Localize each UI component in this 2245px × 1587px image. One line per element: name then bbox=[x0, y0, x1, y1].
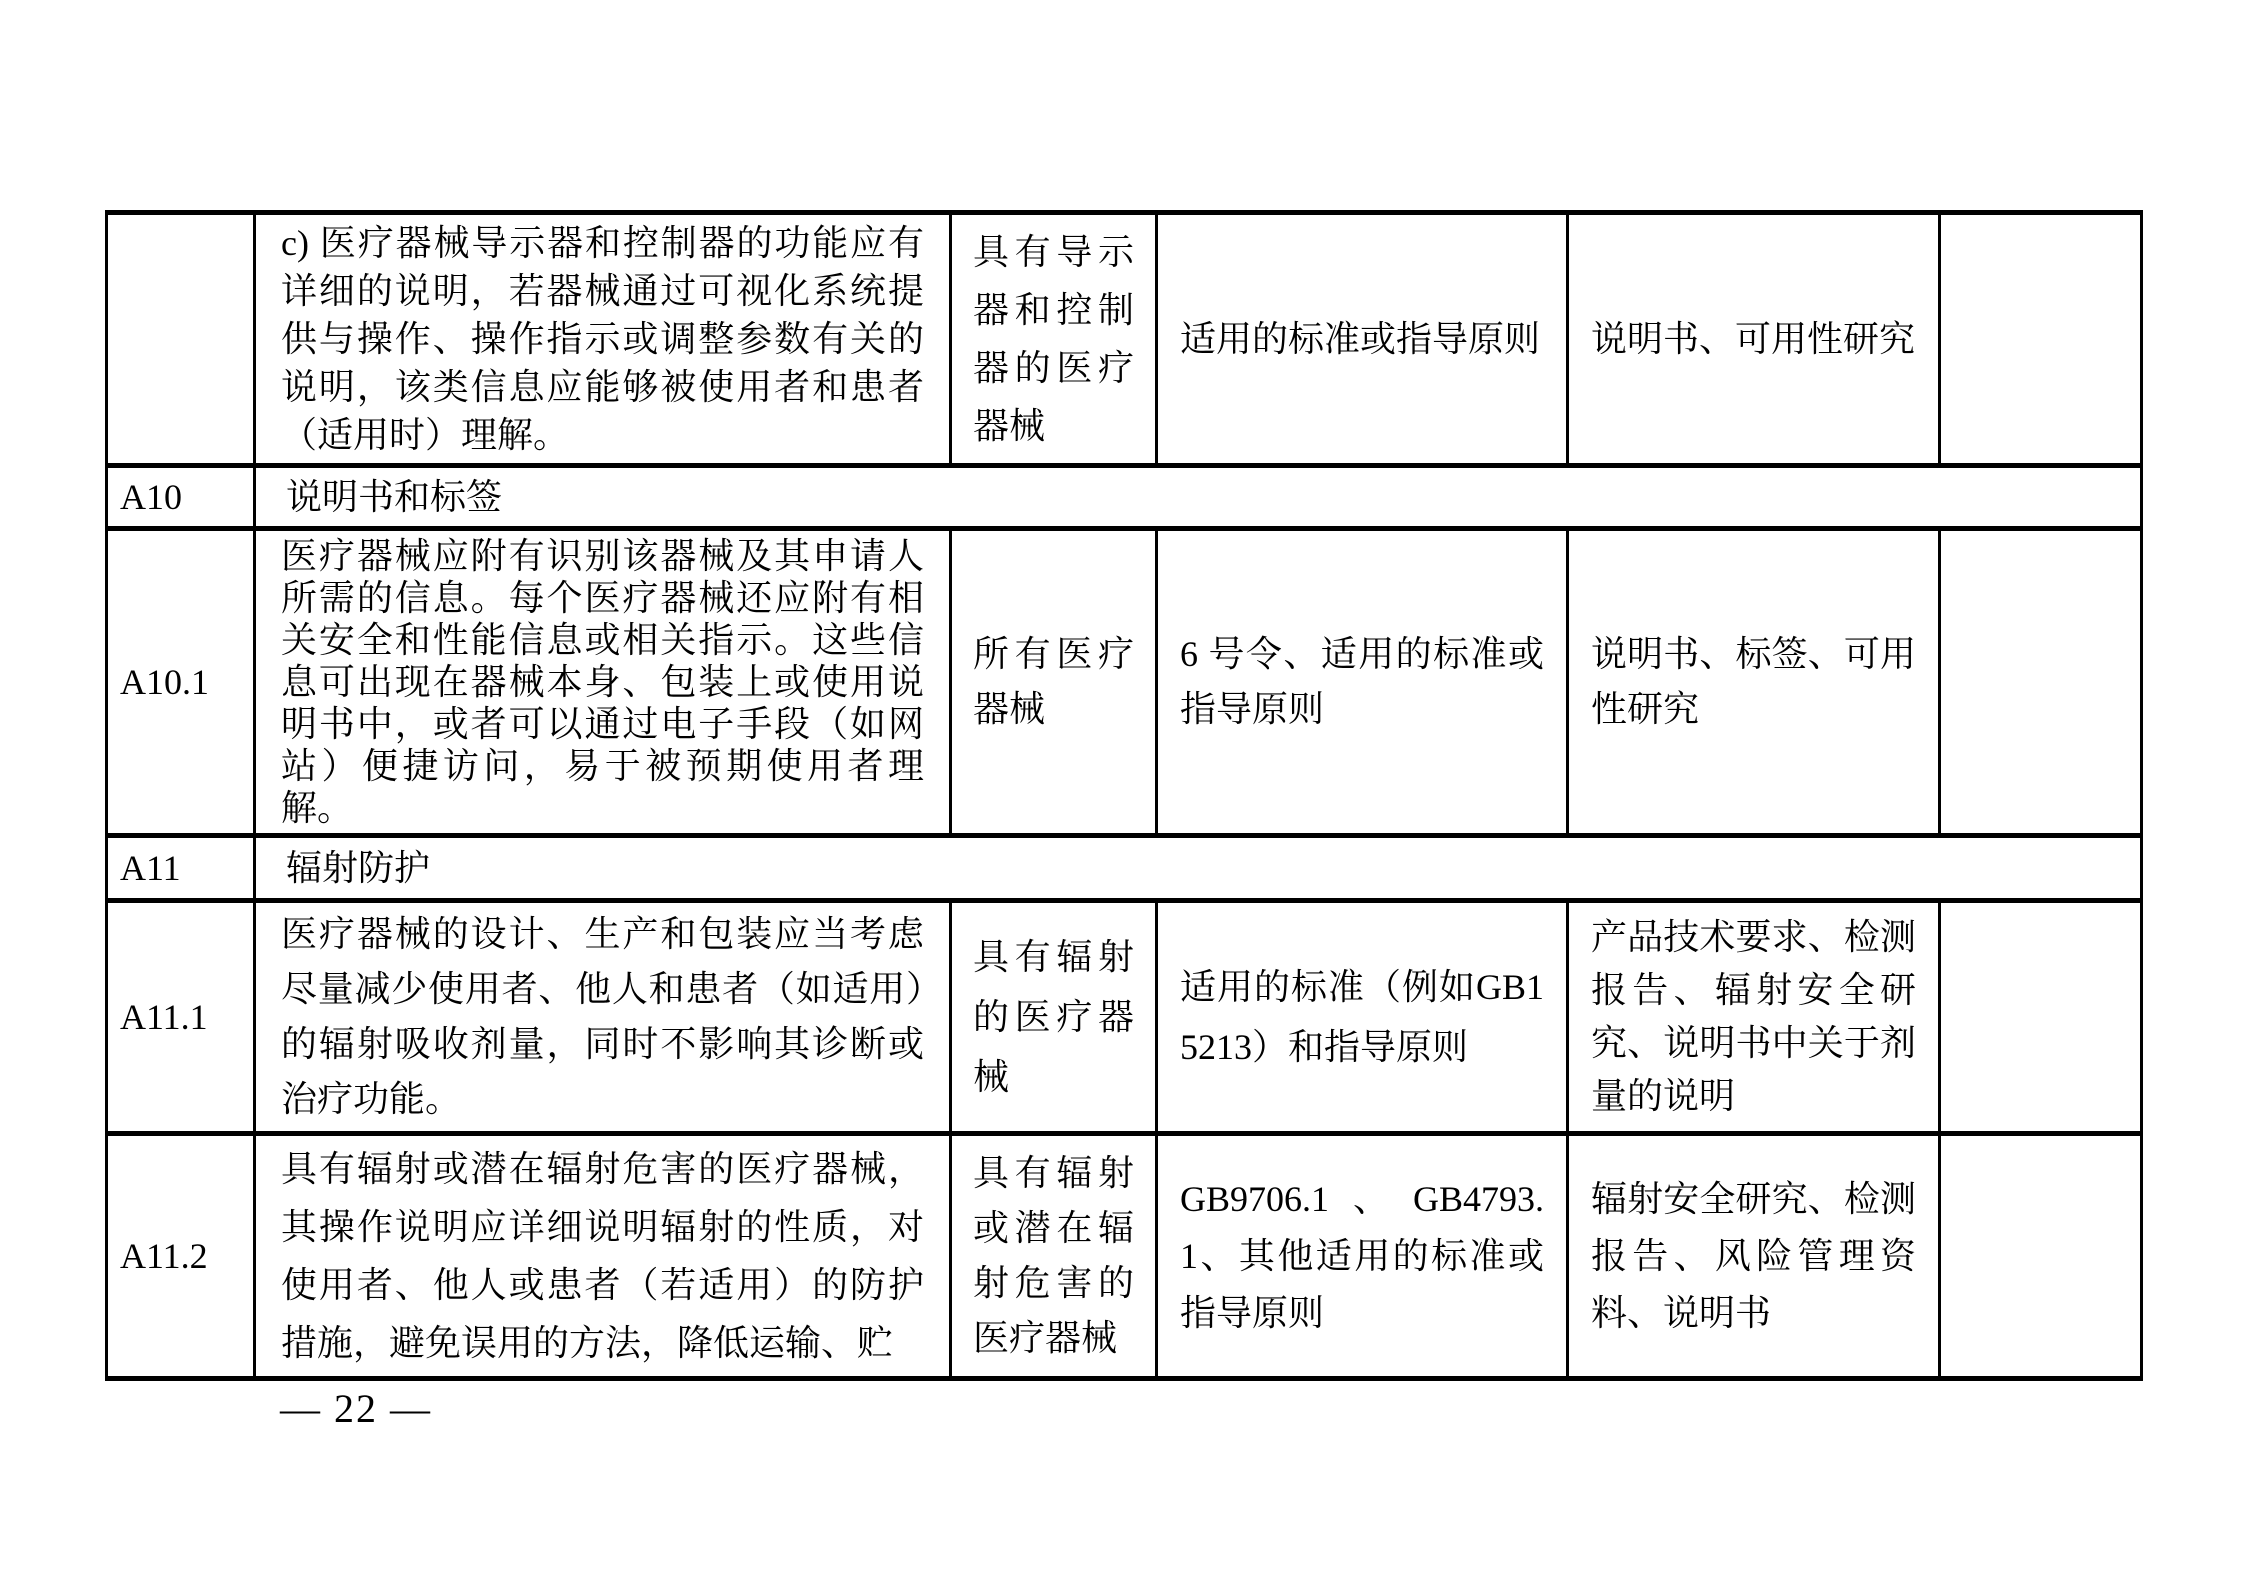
requirement-cell: c) 医疗器械导示器和控制器的功能应有详细的说明，若器械通过可视化系统提供与操作… bbox=[255, 213, 951, 466]
note-cell bbox=[1940, 1134, 2142, 1379]
requirements-table: c) 医疗器械导示器和控制器的功能应有详细的说明，若器械通过可视化系统提供与操作… bbox=[105, 210, 2143, 1381]
evidence-cell: 辐射安全研究、检测报告、风险管理资料、说明书 bbox=[1568, 1134, 1940, 1379]
table-row: c) 医疗器械导示器和控制器的功能应有详细的说明，若器械通过可视化系统提供与操作… bbox=[107, 213, 2142, 466]
section-row: A10 说明书和标签 bbox=[107, 466, 2142, 529]
row-id-cell bbox=[107, 213, 255, 466]
row-id-cell: A10.1 bbox=[107, 529, 255, 836]
table-row: A11.2 具有辐射或潜在辐射危害的医疗器械，其操作说明应详细说明辐射的性质，对… bbox=[107, 1134, 2142, 1379]
evidence-cell: 产品技术要求、检测报告、辐射安全研究、说明书中关于剂量的说明 bbox=[1568, 901, 1940, 1134]
standard-method-cell: 适用的标准（例如GB15213）和指导原则 bbox=[1157, 901, 1568, 1134]
applicable-device-cell: 所有医疗器械 bbox=[951, 529, 1157, 836]
standard-method-cell: 6 号令、适用的标准或指导原则 bbox=[1157, 529, 1568, 836]
row-id-cell: A11.2 bbox=[107, 1134, 255, 1379]
requirement-cell: 医疗器械的设计、生产和包装应当考虑尽量减少使用者、他人和患者（如适用）的辐射吸收… bbox=[255, 901, 951, 1134]
section-id-cell: A11 bbox=[107, 836, 255, 901]
note-cell bbox=[1940, 529, 2142, 836]
row-id-cell: A11.1 bbox=[107, 901, 255, 1134]
section-title-cell: 说明书和标签 bbox=[255, 466, 2142, 529]
applicable-device-cell: 具有导示器和控制器的医疗器械 bbox=[951, 213, 1157, 466]
page-number: — 22 — bbox=[280, 1385, 432, 1432]
section-row: A11 辐射防护 bbox=[107, 836, 2142, 901]
note-cell bbox=[1940, 901, 2142, 1134]
standard-method-cell: GB9706.1、GB4793.1、其他适用的标准或指导原则 bbox=[1157, 1134, 1568, 1379]
requirement-cell: 具有辐射或潜在辐射危害的医疗器械，其操作说明应详细说明辐射的性质，对使用者、他人… bbox=[255, 1134, 951, 1379]
standard-method-cell: 适用的标准或指导原则 bbox=[1157, 213, 1568, 466]
evidence-cell: 说明书、标签、可用性研究 bbox=[1568, 529, 1940, 836]
document-page: c) 医疗器械导示器和控制器的功能应有详细的说明，若器械通过可视化系统提供与操作… bbox=[0, 0, 2245, 1587]
note-cell bbox=[1940, 213, 2142, 466]
section-title-cell: 辐射防护 bbox=[255, 836, 2142, 901]
table-row: A10.1 医疗器械应附有识别该器械及其申请人所需的信息。每个医疗器械还应附有相… bbox=[107, 529, 2142, 836]
table-row: A11.1 医疗器械的设计、生产和包装应当考虑尽量减少使用者、他人和患者（如适用… bbox=[107, 901, 2142, 1134]
applicable-device-cell: 具有辐射或潜在辐射危害的医疗器械 bbox=[951, 1134, 1157, 1379]
requirement-cell: 医疗器械应附有识别该器械及其申请人所需的信息。每个医疗器械还应附有相关安全和性能… bbox=[255, 529, 951, 836]
applicable-device-cell: 具有辐射的医疗器械 bbox=[951, 901, 1157, 1134]
evidence-cell: 说明书、可用性研究 bbox=[1568, 213, 1940, 466]
section-id-cell: A10 bbox=[107, 466, 255, 529]
